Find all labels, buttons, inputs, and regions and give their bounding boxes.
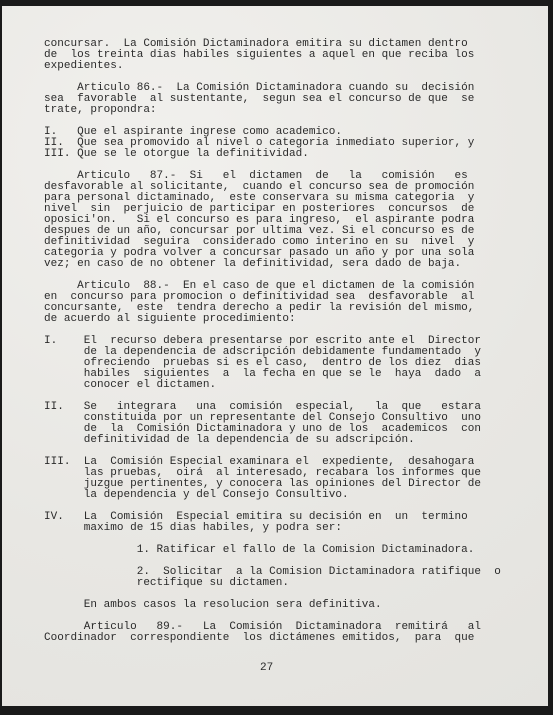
text-line: definitividad de la dependencia de su ad… [44,435,415,446]
text-line: de acuerdo al siguiente procedimiento: [44,314,296,325]
page-number: 27 [260,662,273,674]
text-line: En ambos casos la resolucion sera defini… [44,600,382,611]
text-line: conocer el dictamen. [44,380,216,391]
text-line: expedientes. [44,61,123,72]
text-line: la dependencia y del Consejo Consultivo. [44,490,349,501]
text-line: trate, propondra: [44,105,157,116]
text-line: maximo de 15 dias habiles, y podra ser: [44,523,342,534]
text-line: vez; en caso de no obtener la definitivi… [44,259,461,270]
text-line: III. Que se le otorgue la definitividad. [44,149,309,160]
text-line: 1. Ratificar el fallo de la Comision Dic… [44,545,474,556]
text-line: Coordinador correspondiente los dictámen… [44,633,474,644]
text-line: rectifique su dictamen. [44,578,289,589]
